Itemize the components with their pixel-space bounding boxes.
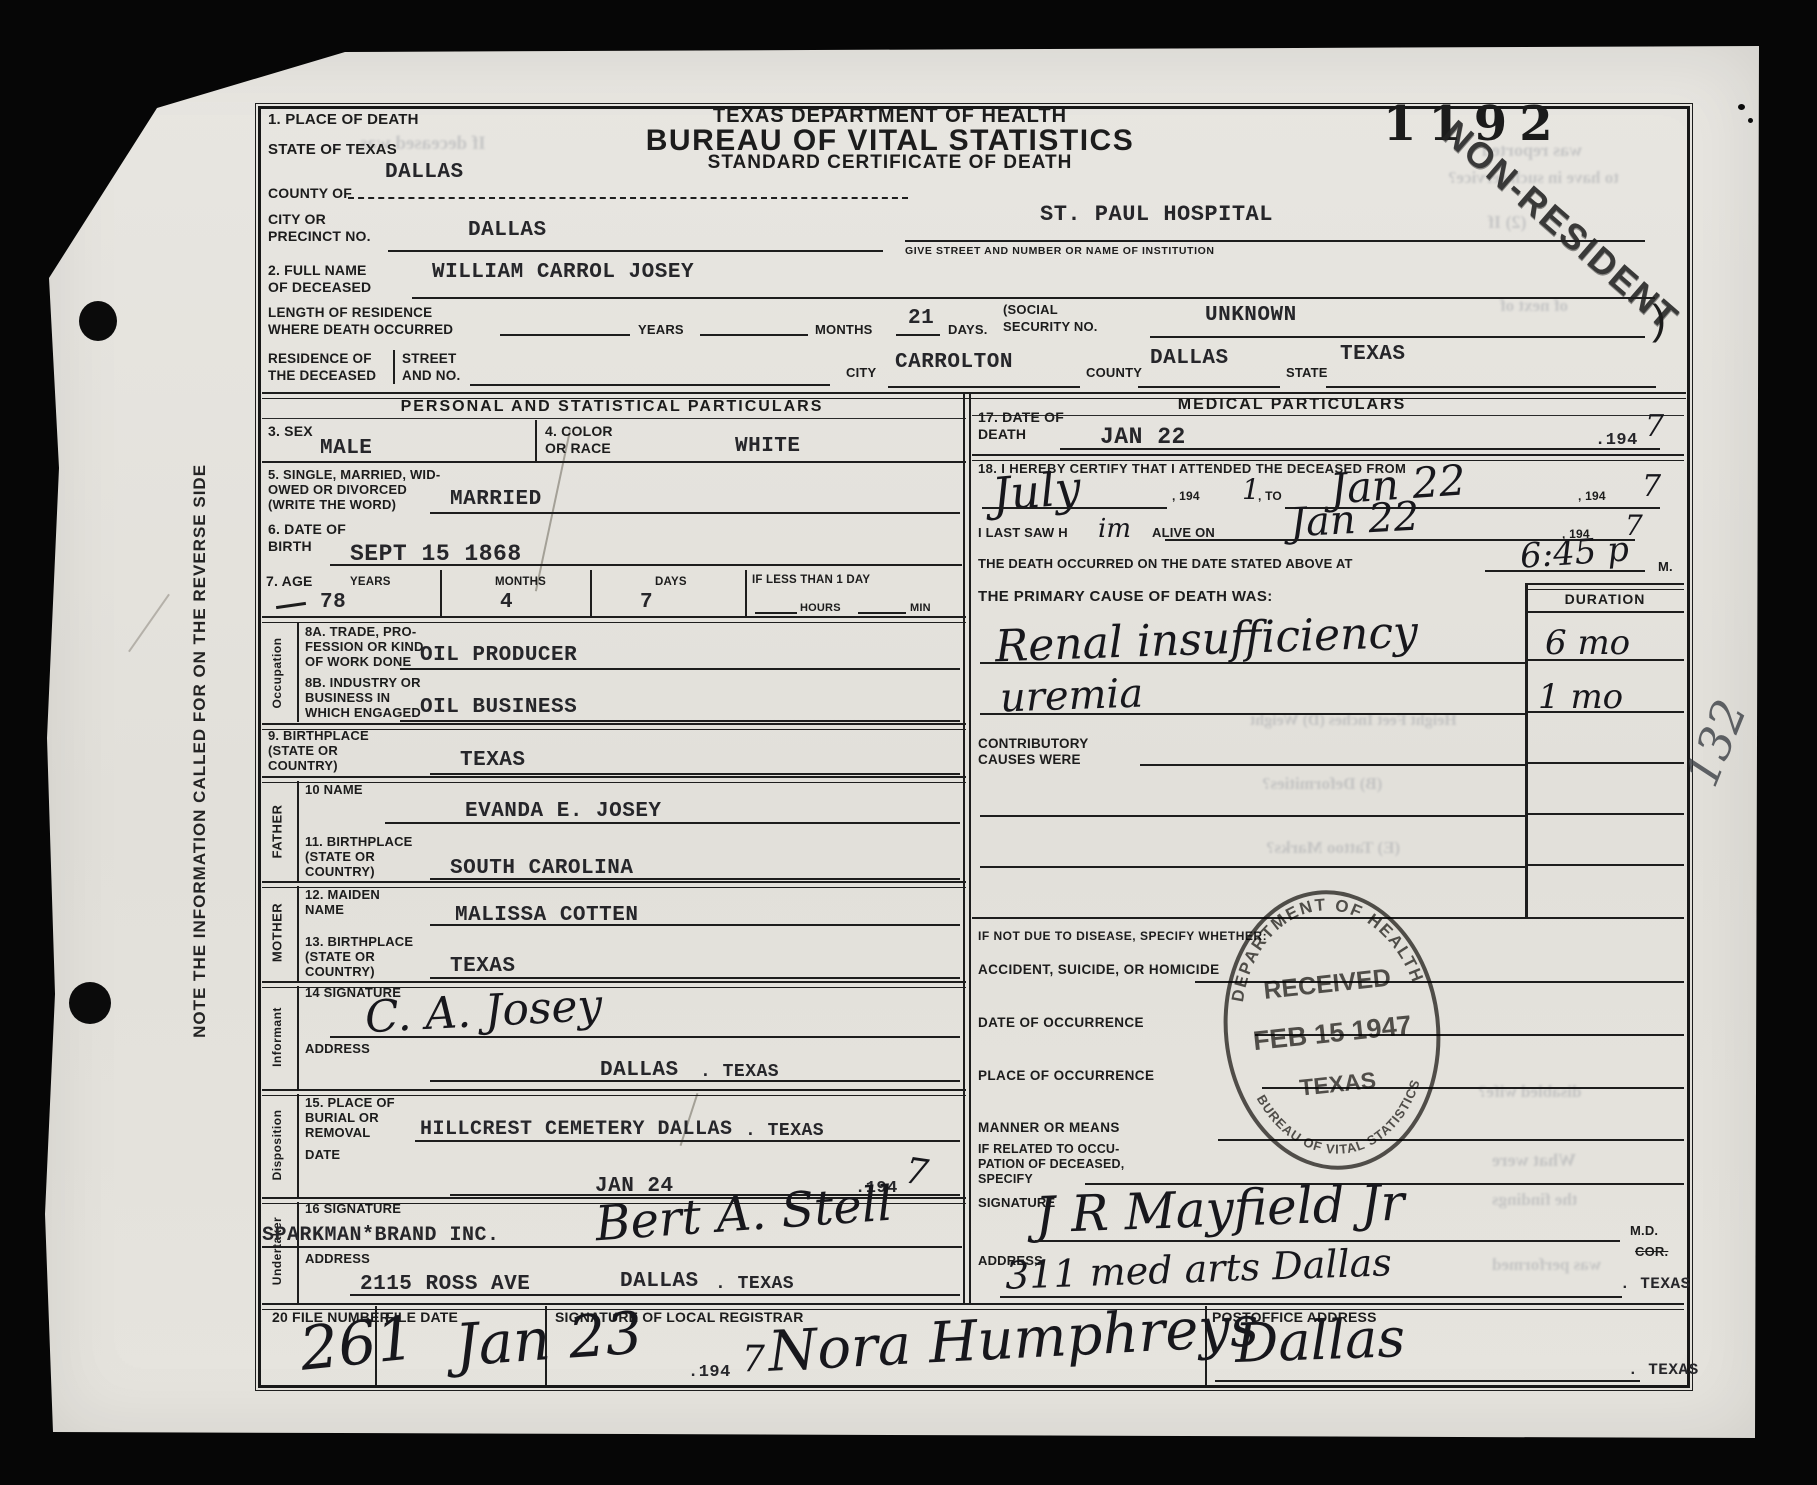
- time-of-death-hand: 6:45 p: [1519, 532, 1630, 574]
- rule-line: [1000, 1296, 1622, 1298]
- trade-label: FESSION OR KIND: [305, 640, 424, 654]
- label-brace: [393, 350, 395, 384]
- death-occurred-label: THE DEATH OCCURRED ON THE DATE STATED AB…: [978, 557, 1353, 571]
- physician-state: . TEXAS: [1620, 1276, 1691, 1292]
- cell-divider: [745, 570, 747, 616]
- rule-line: [430, 1080, 960, 1082]
- side-band-line: [297, 986, 299, 1089]
- dob-label: BIRTH: [268, 539, 312, 554]
- length-residence-label: LENGTH OF RESIDENCE: [268, 306, 432, 320]
- res-city-value: CARROLTON: [895, 352, 1013, 373]
- mother-name-value: MALISSA COTTEN: [455, 905, 638, 926]
- full-name-label: 2. FULL NAME: [268, 263, 367, 278]
- rule-line: [1528, 762, 1684, 764]
- burial-date-label: DATE: [305, 1148, 340, 1162]
- birthplace-label: (STATE OR: [268, 744, 338, 758]
- res-city-label: CITY: [846, 366, 876, 380]
- residence-label: THE DECEASED: [268, 369, 376, 383]
- birthplace-value: TEXAS: [460, 750, 526, 771]
- md-label: M.D.: [1630, 1224, 1658, 1238]
- last-saw-date-hand: Jan 22: [1289, 497, 1420, 544]
- mother-bp-label: (STATE OR: [305, 950, 375, 964]
- rule-line: [905, 240, 1645, 242]
- age-days-label: DAYS: [655, 576, 687, 588]
- burial-label: REMOVAL: [305, 1126, 370, 1140]
- rule-line: [888, 386, 1080, 388]
- trade-value: OIL PRODUCER: [420, 645, 577, 666]
- rule-line: [430, 773, 960, 775]
- burial-state: . TEXAS: [745, 1122, 824, 1140]
- hours-label: HOURS: [800, 603, 841, 615]
- rule-line: [980, 866, 1525, 868]
- rule-line: [350, 1294, 960, 1296]
- margin-note: NOTE THE INFORMATION CALLED FOR ON THE R…: [191, 293, 209, 1209]
- age-years-label: YEARS: [350, 576, 391, 588]
- column-divider: [963, 392, 965, 1304]
- street-label: STREET: [402, 352, 456, 366]
- age-days-value: 7: [640, 592, 653, 613]
- side-band-line: [297, 1094, 299, 1197]
- dod-value: JAN 22: [1100, 426, 1186, 449]
- side-band-line: [297, 886, 299, 981]
- mother-side-label: MOTHER: [270, 878, 285, 988]
- marital-label: 5. SINGLE, MARRIED, WID-: [268, 468, 440, 482]
- rule-line: [262, 418, 966, 419]
- informant-side-label: Informant: [270, 982, 284, 1092]
- duration-box-border: [1525, 583, 1528, 917]
- punch-hole-top: [79, 301, 117, 341]
- rule-line: [330, 564, 962, 566]
- burial-label: 15. PLACE OF: [305, 1096, 395, 1110]
- ink-speck: [1748, 118, 1753, 123]
- father-side-label: FATHER: [270, 777, 285, 887]
- father-bp-label: (STATE OR: [305, 850, 375, 864]
- rule-line: [348, 197, 908, 199]
- informant-city: DALLAS: [600, 1060, 679, 1081]
- physician-signature: J R Mayfield Jr: [1034, 1178, 1405, 1241]
- dod-year-hand: 7: [1645, 412, 1664, 442]
- rule-line: [1150, 336, 1645, 338]
- place-occurrence-label: PLACE OF OCCURRENCE: [978, 1069, 1154, 1083]
- received-stamp: DEPARTMENT OF HEALTH BUREAU OF VITAL STA…: [1197, 868, 1467, 1191]
- rule-line: [330, 1036, 960, 1038]
- undertaker-signature-label: 16 SIGNATURE: [305, 1202, 401, 1216]
- dod-year-printed: .194: [1595, 432, 1638, 449]
- length-residence-label: WHERE DEATH OCCURRED: [268, 323, 453, 337]
- undertaker-side-label: Undertaker: [270, 1196, 284, 1306]
- cor-label-struck: COR.: [1635, 1245, 1668, 1259]
- rule-line: [262, 1246, 962, 1248]
- if-less-label: IF LESS THAN 1 DAY: [752, 574, 870, 586]
- rule-line: [430, 977, 960, 979]
- birthplace-label: 9. BIRTHPLACE: [268, 729, 369, 743]
- industry-label: BUSINESS IN: [305, 691, 390, 705]
- father-bp-value: SOUTH CAROLINA: [450, 858, 633, 879]
- title-line3: STANDARD CERTIFICATE OF DEATH: [560, 153, 1220, 173]
- cell-divider: [590, 570, 592, 616]
- duration-box-top: [1525, 583, 1684, 590]
- primary-cause-label: THE PRIMARY CAUSE OF DEATH WAS:: [978, 589, 1273, 605]
- manner-means-label: MANNER OR MEANS: [978, 1121, 1120, 1135]
- institution-value: ST. PAUL HOSPITAL: [1040, 204, 1273, 226]
- dob-value: SEPT 15 1868: [350, 543, 522, 566]
- informant-state: . TEXAS: [700, 1063, 779, 1081]
- to-year-hand: 7: [1642, 472, 1661, 502]
- rule-line: [980, 713, 1525, 715]
- dod-label: 17. DATE OF: [978, 410, 1064, 425]
- burial-label: BURIAL OR: [305, 1111, 379, 1125]
- duration-label: DURATION: [1525, 592, 1685, 607]
- rule-line: [415, 1140, 960, 1142]
- institution-hint: GIVE STREET AND NUMBER OR NAME OF INSTIT…: [905, 246, 1215, 257]
- rule-line: [1060, 448, 1660, 450]
- file-number-value: 261: [297, 1308, 417, 1380]
- rule-line: [1140, 764, 1525, 766]
- trade-label: OF WORK DONE: [305, 655, 411, 669]
- last-saw-label: I LAST SAW H: [978, 526, 1068, 540]
- social-label: (SOCIAL: [1003, 303, 1058, 317]
- res-state-label: STATE: [1286, 366, 1328, 380]
- rule-line: [500, 334, 630, 336]
- industry-value: OIL BUSINESS: [420, 697, 577, 718]
- cause2-duration-hand: 1 mo: [1538, 680, 1623, 714]
- burial-place-value: HILLCREST CEMETERY DALLAS: [420, 1120, 733, 1140]
- divider: [262, 776, 966, 783]
- city-value: DALLAS: [468, 220, 547, 241]
- side-band-line: [297, 622, 299, 722]
- disposition-side-label: Disposition: [270, 1090, 284, 1200]
- rule-line: [982, 507, 1167, 509]
- trade-label: 8A. TRADE, PRO-: [305, 625, 416, 639]
- occupation-side-label: Occupation: [270, 618, 284, 728]
- marital-label: OWED OR DIVORCED: [268, 483, 407, 497]
- res-state-value: TEXAS: [1340, 344, 1406, 365]
- father-bp-label: 11. BIRTHPLACE: [305, 835, 413, 849]
- min-label: MIN: [910, 603, 931, 615]
- city-precinct-label: CITY OR: [268, 212, 326, 227]
- file-year-printed: .194: [688, 1364, 731, 1381]
- rule-line: [1528, 711, 1684, 713]
- rule-line: [972, 415, 1684, 416]
- informant-address-label: ADDRESS: [305, 1042, 370, 1056]
- sex-value: MALE: [320, 438, 372, 459]
- mother-bp-label: COUNTRY): [305, 965, 375, 979]
- res-county-value: DALLAS: [1150, 348, 1229, 369]
- rule-line: [400, 668, 960, 670]
- related-occupation-label: PATION OF DECEASED,: [978, 1158, 1124, 1171]
- attended-from-hand: July: [990, 464, 1082, 518]
- side-band-line: [297, 1202, 299, 1303]
- rule-line: [896, 334, 940, 336]
- cell-divider: [440, 570, 442, 616]
- ink-speck: [1738, 104, 1745, 110]
- days-value: 21: [908, 308, 934, 329]
- state-of-texas-label: STATE OF TEXAS: [268, 142, 397, 158]
- rule-line: [430, 512, 960, 514]
- section-medical: MEDICAL PARTICULARS: [972, 396, 1612, 414]
- rule-line: [755, 612, 797, 614]
- age-years-value: 78: [320, 592, 346, 613]
- res-county-label: COUNTY: [1086, 366, 1142, 380]
- undertaker-firm: SPARKMAN*BRAND INC.: [262, 1226, 500, 1246]
- punch-hole-bottom: [69, 982, 111, 1024]
- mother-name-label: 12. MAIDEN: [305, 888, 380, 902]
- mother-bp-value: TEXAS: [450, 956, 516, 977]
- birthplace-label: COUNTRY): [268, 759, 338, 773]
- rule-line: [388, 250, 883, 252]
- stamp-received: RECEIVED: [1262, 964, 1392, 1005]
- mother-name-label: NAME: [305, 903, 344, 917]
- column-divider: [969, 392, 971, 1304]
- rule-line: [430, 924, 960, 926]
- postoffice-state: . TEXAS: [1628, 1362, 1699, 1378]
- side-band-line: [297, 781, 299, 881]
- related-occupation-label: SPECIFY: [978, 1173, 1033, 1186]
- rule-line: [1138, 386, 1280, 388]
- rule-line: [1528, 813, 1684, 815]
- alive-on-label: ALIVE ON: [1152, 526, 1215, 540]
- race-value: WHITE: [735, 436, 801, 457]
- dob-label: 6. DATE OF: [268, 522, 346, 537]
- race-label: OR RACE: [545, 441, 611, 456]
- cause2-hand: uremia: [999, 674, 1143, 719]
- ssn-value: UNKNOWN: [1205, 305, 1297, 326]
- undertaker-state: . TEXAS: [715, 1275, 794, 1293]
- last-saw-him-hand: im: [1098, 516, 1131, 542]
- place-of-death-label: 1. PLACE OF DEATH: [268, 112, 419, 128]
- rule-line: [1525, 611, 1684, 613]
- city-precinct-label: PRECINCT NO.: [268, 229, 371, 244]
- years-label: YEARS: [638, 323, 684, 337]
- date-occurrence-label: DATE OF OCCURRENCE: [978, 1016, 1144, 1030]
- rule-line: [412, 297, 1655, 299]
- dod-label: DEATH: [978, 427, 1026, 442]
- undertaker-city: DALLAS: [620, 1271, 699, 1292]
- rule-line: [400, 720, 960, 722]
- related-occupation-label: IF RELATED TO OCCU-: [978, 1143, 1120, 1156]
- social-label: SECURITY NO.: [1003, 320, 1098, 334]
- father-bp-label: COUNTRY): [305, 865, 375, 879]
- father-name-label: 10 NAME: [305, 783, 363, 797]
- to-year-printed: , 194: [1578, 490, 1606, 503]
- street-label: AND NO.: [402, 369, 460, 383]
- undertaker-address: 2115 ROSS AVE: [360, 1274, 530, 1295]
- burial-year-hand: 7: [903, 1154, 931, 1193]
- postoffice-value: Dallas: [1234, 1311, 1406, 1371]
- industry-label: 8B. INDUSTRY OR: [305, 676, 421, 690]
- marital-label: (WRITE THE WORD): [268, 498, 396, 512]
- rule-line: [980, 662, 1525, 664]
- file-date-value: Jan 23: [453, 1304, 644, 1375]
- cell-divider: [535, 420, 537, 461]
- to-label: , TO: [1258, 490, 1282, 503]
- race-label: 4. COLOR: [545, 424, 613, 439]
- county-label: COUNTY OF: [268, 186, 352, 201]
- age-months-label: MONTHS: [495, 576, 546, 588]
- age-label: 7. AGE: [266, 574, 313, 589]
- sex-label: 3. SEX: [268, 424, 313, 439]
- rule-line: [470, 384, 830, 386]
- full-name-label: OF DECEASED: [268, 280, 371, 295]
- rule-line: [385, 822, 960, 824]
- divider: [972, 454, 1684, 461]
- stamp-date: FEB 15 1947: [1252, 1010, 1413, 1056]
- stamp-state: TEXAS: [1298, 1067, 1377, 1101]
- file-year-hand: 7: [742, 1342, 765, 1378]
- father-name-value: EVANDA E. JOSEY: [465, 801, 662, 822]
- residence-label: RESIDENCE OF: [268, 352, 372, 366]
- marital-value: MARRIED: [450, 489, 542, 510]
- rule-line: [262, 461, 966, 463]
- accident-label: ACCIDENT, SUICIDE, OR HOMICIDE: [978, 963, 1220, 977]
- months-label: MONTHS: [815, 323, 873, 337]
- contributory-label: CAUSES WERE: [978, 753, 1081, 767]
- industry-label: WHICH ENGAGED: [305, 706, 421, 720]
- informant-signature: C. A. Josey: [364, 984, 603, 1040]
- scanned-death-certificate: { "doc":{ "no":"1192", "non_resident":"N…: [0, 0, 1817, 1485]
- from-year-printed: , 194: [1172, 490, 1200, 503]
- rule-line: [1215, 1380, 1640, 1382]
- mother-bp-label: 13. BIRTHPLACE: [305, 935, 413, 949]
- close-paren: ): [1652, 296, 1666, 344]
- rule-line: [430, 878, 960, 880]
- rule-line: [1326, 386, 1656, 388]
- rule-line: [700, 334, 808, 336]
- rule-line: [858, 612, 906, 614]
- rule-line: [980, 815, 1525, 817]
- m-label: M.: [1658, 560, 1673, 574]
- cause1-duration-hand: 6 mo: [1545, 626, 1630, 660]
- divider: [262, 616, 966, 623]
- county-value: DALLAS: [385, 162, 464, 183]
- full-name-value: WILLIAM CARROL JOSEY: [432, 262, 694, 283]
- rule-line: [1528, 659, 1684, 661]
- days-label: DAYS.: [948, 323, 988, 337]
- contributory-label: CONTRIBUTORY: [978, 737, 1088, 751]
- section-personal: PERSONAL AND STATISTICAL PARTICULARS: [262, 398, 962, 416]
- rule-line: [1528, 864, 1684, 866]
- rule-line: [1485, 570, 1645, 572]
- age-months-value: 4: [500, 592, 513, 613]
- undertaker-address-label: ADDRESS: [305, 1252, 370, 1266]
